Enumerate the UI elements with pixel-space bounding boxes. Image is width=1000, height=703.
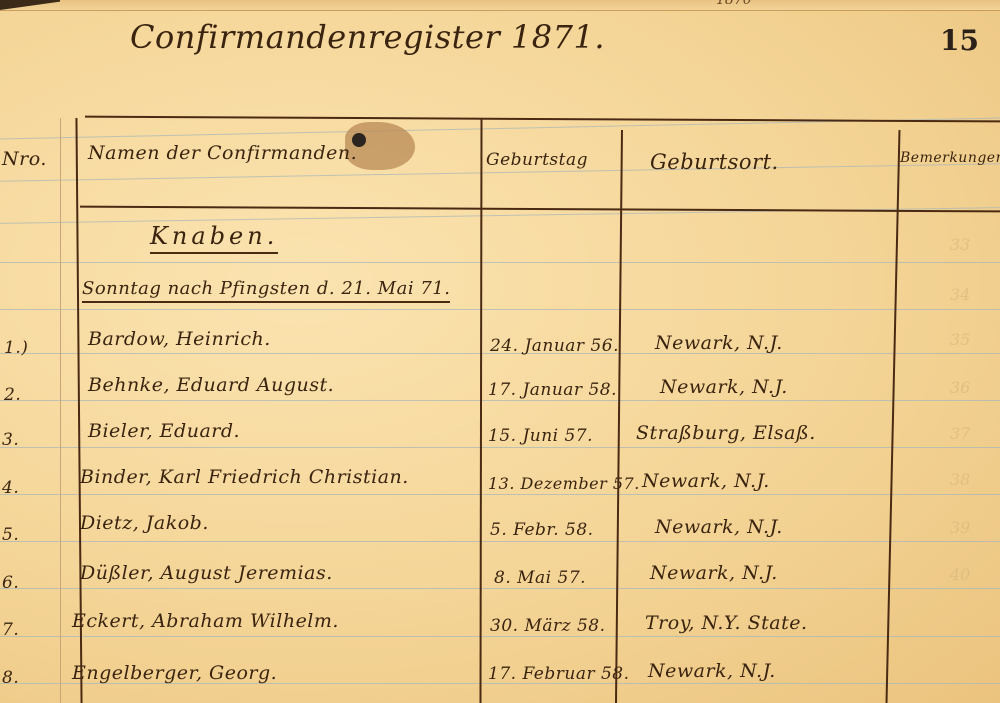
confirmand-name: Behnke, Eduard August. [88,374,334,396]
column-header-name: Namen der Confirmanden. [88,142,357,164]
margin-line [60,118,61,703]
column-header-birth-place: Geburtsort. [650,150,779,174]
row-number: 5. [2,525,19,545]
confirmand-name: Dietz, Jakob. [80,512,209,534]
birth-place: Newark, N.J. [655,332,783,354]
previous-page-text: 1870 [716,0,752,8]
section-heading-text: Knaben. [150,222,278,254]
ruled-line [0,588,1000,589]
bleed-through-mark: 35 [950,330,970,349]
ruled-line [0,541,1000,542]
column-divider [615,130,623,703]
birth-date: 24. Januar 56. [490,336,619,356]
bleed-through-mark: 34 [950,285,970,304]
confirmand-name: Eckert, Abraham Wilhelm. [72,610,339,632]
birth-date: 8. Mai 57. [494,568,586,588]
ruled-line [0,309,1000,310]
confirmand-name: Engelberger, Georg. [72,662,277,684]
birth-place: Newark, N.J. [642,470,770,492]
ruled-line [0,447,1000,448]
column-header-remarks: Bemerkungen. [900,150,1000,166]
ledger-page: 1870 33 34 35 36 37 38 39 40 Confirmande… [0,0,1000,703]
bleed-through-mark: 39 [950,518,970,537]
row-number: 1.) [4,338,28,358]
column-divider [886,130,901,703]
birth-date: 5. Febr. 58. [490,520,594,540]
ruled-line [0,400,1000,401]
column-header-nr: Nro. [2,148,47,170]
bleed-through-mark: 33 [950,235,970,254]
row-number: 6. [2,573,19,593]
page-number: 15 [940,24,979,57]
column-divider [479,118,482,703]
birth-place: Newark, N.J. [655,516,783,538]
ruled-line [0,262,1000,263]
bleed-through-mark: 37 [950,424,970,443]
row-number: 2. [4,385,21,405]
birth-place: Newark, N.J. [648,660,776,682]
bleed-through-mark: 40 [950,565,970,584]
header-bottom-rule [80,206,1000,213]
birth-date: 17. Januar 58. [488,380,617,400]
bleed-through-mark: 36 [950,378,970,397]
row-number: 7. [2,620,19,640]
birth-place: Straßburg, Elsaß. [636,422,816,444]
confirmand-name: Düßler, August Jeremias. [80,562,333,584]
birth-place: Newark, N.J. [650,562,778,584]
column-header-birth-date: Geburtstag [486,150,588,170]
previous-page-edge: 1870 [0,0,1000,11]
birth-date: 17. Februar 58. [488,664,630,684]
confirmand-name: Bieler, Eduard. [88,420,240,442]
confirmand-name: Binder, Karl Friedrich Christian. [80,466,409,488]
birth-date: 30. März 58. [490,616,606,636]
bleed-through-mark: 38 [950,470,970,489]
ruled-line [0,494,1000,495]
birth-date: 13. Dezember 57. [488,474,640,493]
row-number: 8. [2,668,19,688]
row-number: 4. [2,478,19,498]
section-heading: Knaben. [150,222,278,250]
row-number: 3. [2,430,19,450]
section-subheading: Sonntag nach Pfingsten d. 21. Mai 71. [82,278,450,299]
ruled-line [0,636,1000,637]
birth-date: 15. Juni 57. [488,426,593,446]
table-top-rule [85,116,1000,123]
birth-place: Newark, N.J. [660,376,788,398]
confirmand-name: Bardow, Heinrich. [88,328,271,350]
birth-place: Troy, N.Y. State. [645,612,808,634]
register-title: Confirmandenregister 1871. [130,18,605,56]
section-subheading-text: Sonntag nach Pfingsten d. 21. Mai 71. [82,278,450,303]
